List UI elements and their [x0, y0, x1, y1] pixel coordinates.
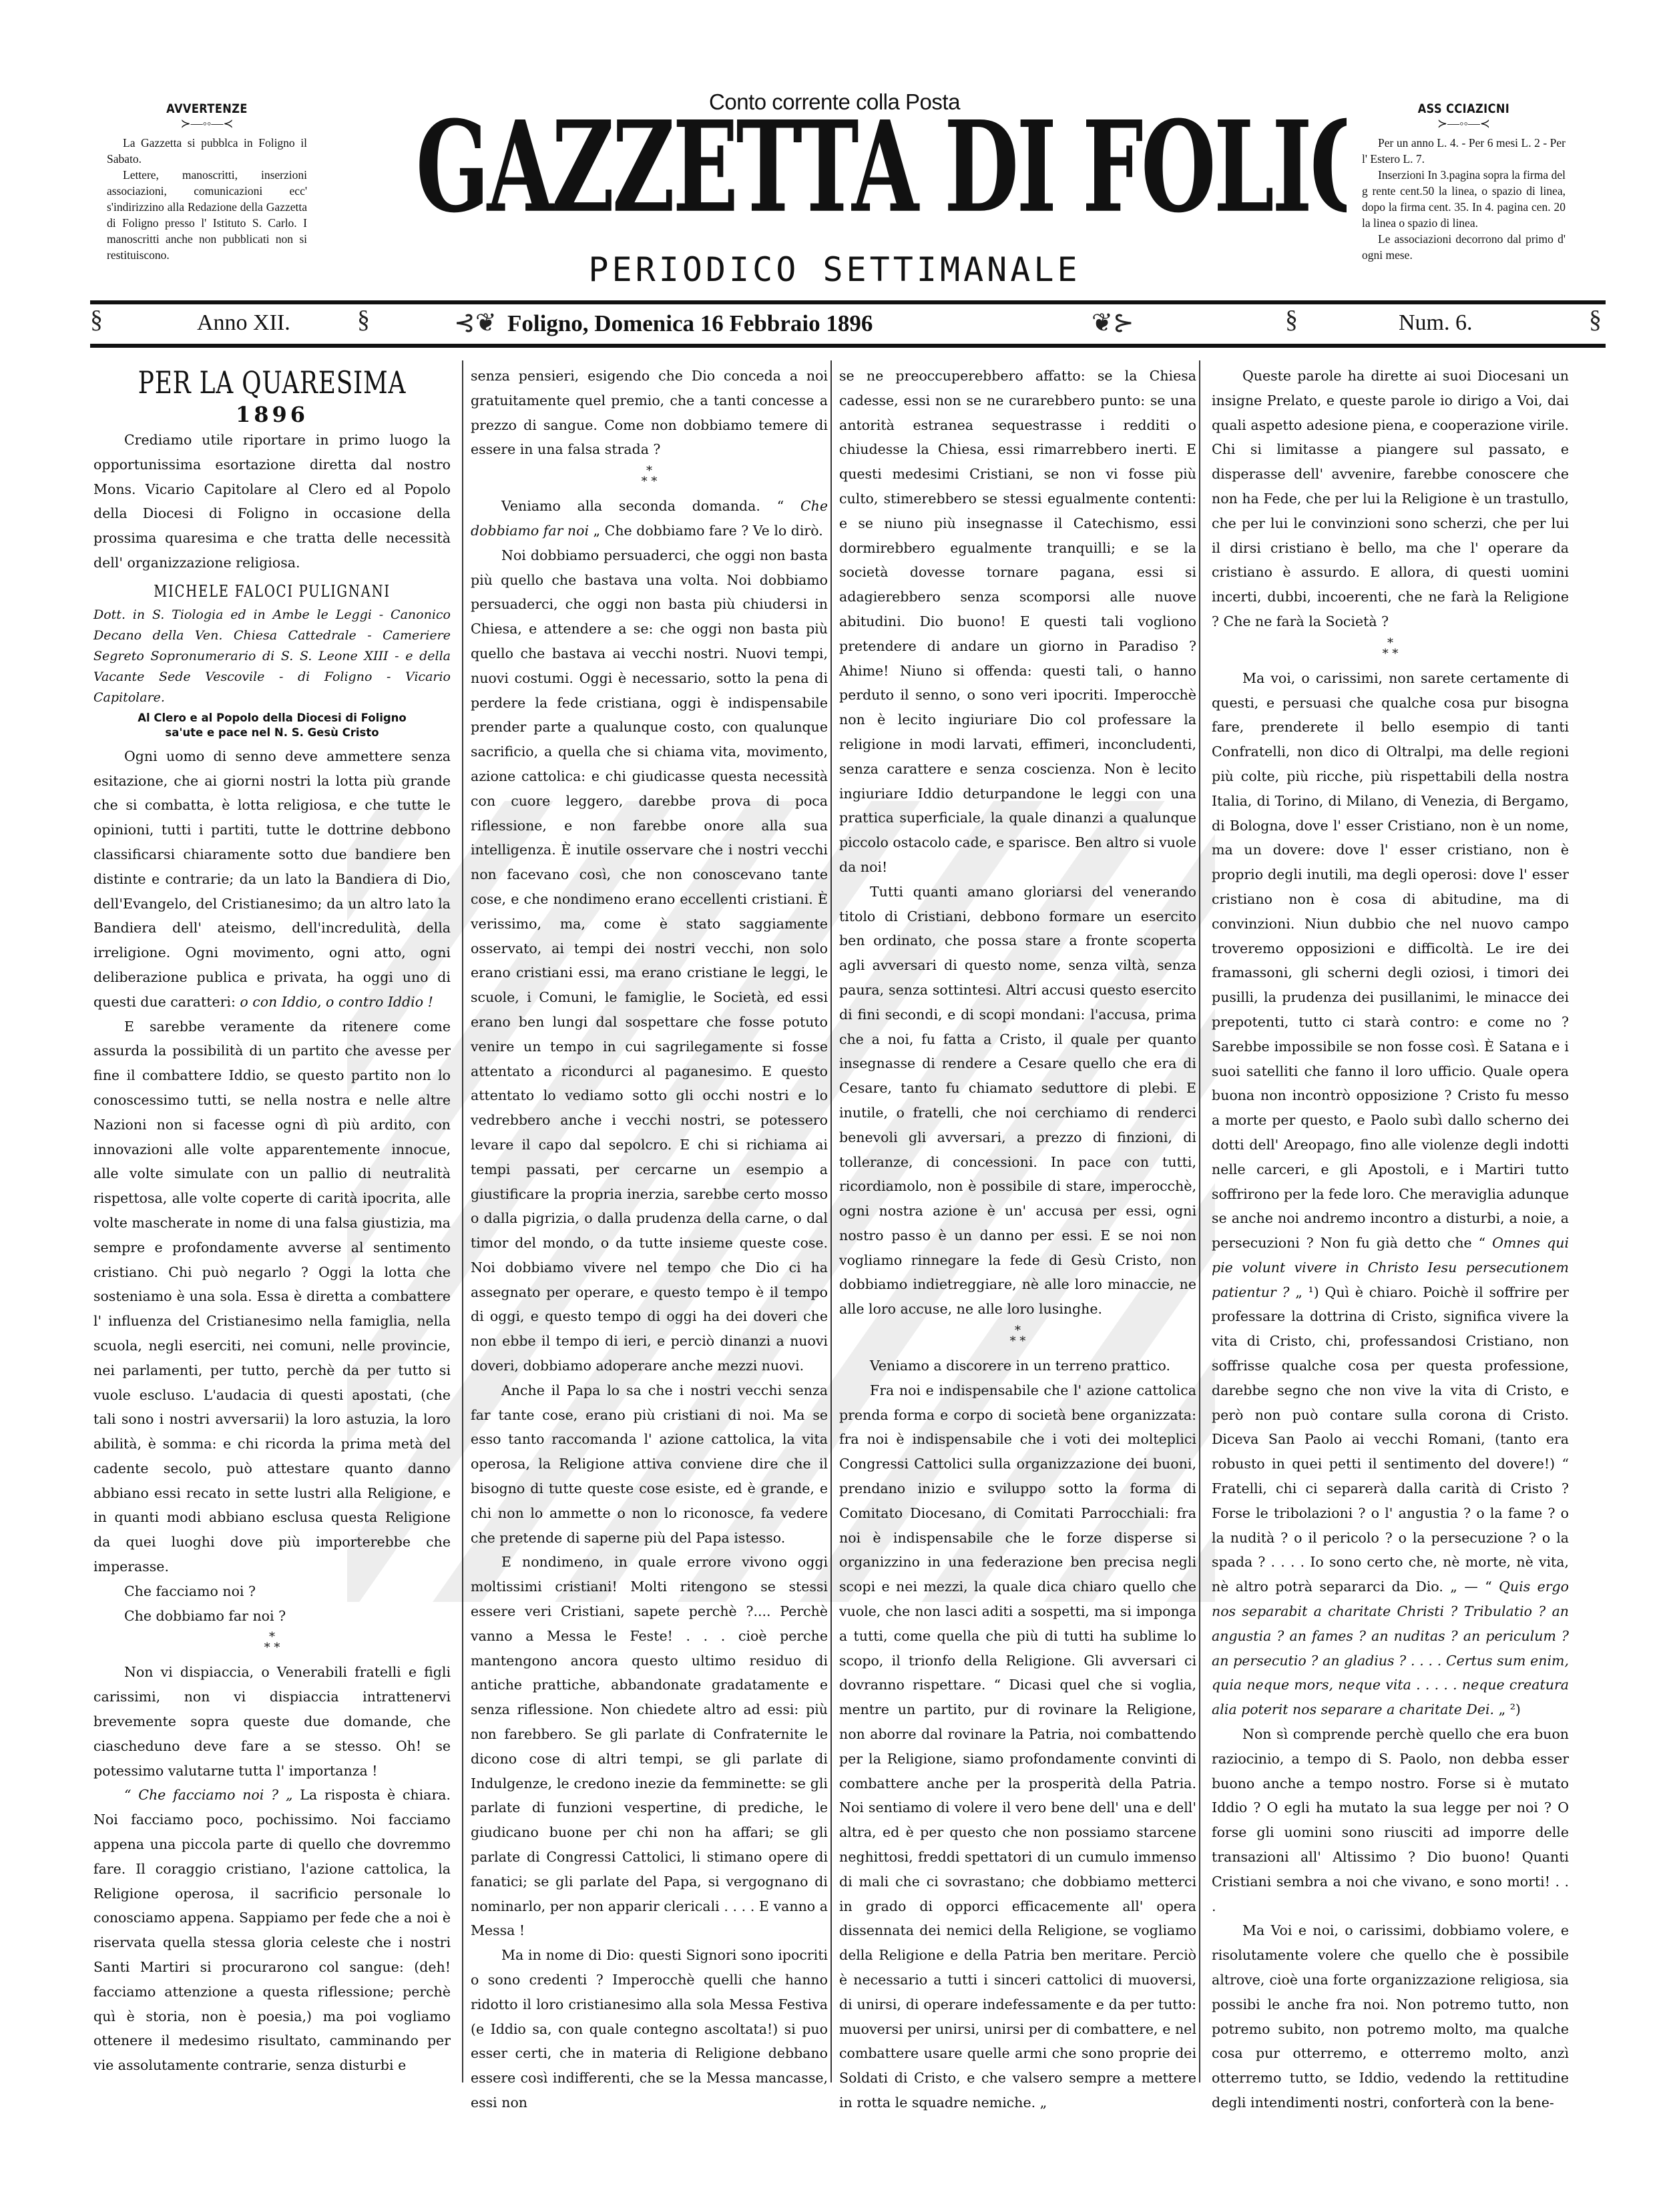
scroll-ornament-icon: § — [1285, 305, 1298, 334]
article-intro: Crediamo utile riportare in primo luogo … — [93, 428, 451, 575]
date-bar: § Anno XII. § ⊰❦ Foligno, Domenica 16 Fe… — [90, 304, 1606, 344]
paragraph: Veniamo a discorere in un terreno pratti… — [839, 1354, 1196, 1378]
article-column-3: se ne preoccuperebbero affatto: se la Ch… — [839, 364, 1196, 2115]
column-divider — [1199, 360, 1200, 2083]
latin-quote: Quis ergo nos separabit a charitate Chri… — [1212, 1579, 1569, 1717]
dateline: Foligno, Domenica 16 Febbraio 1896 — [507, 310, 873, 337]
column-divider — [462, 360, 463, 2083]
scroll-ornament-icon: § — [357, 305, 370, 334]
article-column-1: PER LA QUARESIMA 1896 Crediamo utile rip… — [93, 364, 451, 2078]
notices-paragraph: Lettere, manoscritti, inserzioni associa… — [107, 167, 307, 263]
newspaper-title-text: GAZZETTA DI FOLIGNO — [416, 111, 1347, 228]
paragraph: “ Che facciamo noi ? „ La risposta è chi… — [93, 1783, 451, 2078]
asterism-separator: ** * — [471, 466, 828, 487]
paragraph: Queste parole ha dirette ai suoi Diocesa… — [1212, 364, 1569, 634]
author-name: MICHELE FALOCI PULIGNANI — [126, 578, 419, 605]
article-column-2: senza pensieri, esigendo che Dio conceda… — [471, 364, 828, 2115]
asterism-separator: ** * — [1212, 638, 1569, 659]
paragraph: Non sì comprende perchè quello che era b… — [1212, 1722, 1569, 1918]
paragraph: senza pensieri, esigendo che Dio conceda… — [471, 364, 828, 462]
address-heading: Al Clero e al Popolo della Diocesi di Fo… — [93, 711, 451, 740]
scroll-ornament-icon: § — [1589, 305, 1602, 334]
author-titles: Dott. in S. Tiologia ed in Ambe le Leggi… — [93, 605, 451, 708]
subscriptions-paragraph: Per un anno L. 4. - Per 6 mesi L. 2 - Pe… — [1362, 135, 1566, 167]
question: Che dobbiamo far noi ? — [93, 1604, 451, 1629]
italic-phrase: o con Iddio, o contro Iddio ! — [240, 994, 433, 1010]
scroll-ornament-icon: § — [90, 305, 103, 334]
asterism-separator: ** * — [93, 1632, 451, 1653]
paragraph: Ma voi, o carissimi, non sarete certamen… — [1212, 666, 1569, 1722]
paragraph: Ma in nome di Dio: questi Signori sono i… — [471, 1943, 828, 2115]
asterism-separator: ** * — [839, 1326, 1196, 1347]
notices-box: AVVERTENZE ≻—◦◦—≺ La Gazzetta si pubblca… — [107, 100, 307, 263]
paragraph: Ogni uomo di senno deve ammettere senza … — [93, 744, 451, 1015]
paragraph: E sarebbe veramente da ritenere come ass… — [93, 1015, 451, 1579]
fleuron-left-icon: ⊰❦ — [454, 308, 497, 338]
article-title: PER LA QUARESIMA — [133, 364, 411, 401]
column-divider — [830, 360, 832, 2083]
ornament-icon: ≻—◦◦—≺ — [1362, 117, 1566, 129]
article-column-4: Queste parole ha dirette ai suoi Diocesa… — [1212, 364, 1569, 2115]
newspaper-title: GAZZETTA DI FOLIGNO — [325, 111, 1347, 228]
bottom-rule — [90, 344, 1606, 348]
ornament-icon: ≻—◦◦—≺ — [107, 117, 307, 129]
paragraph: Non vi dispiaccia, o Venerabili fratelli… — [93, 1660, 451, 1783]
issue-number: Num. 6. — [1399, 310, 1473, 336]
paragraph: se ne preoccuperebbero affatto: se la Ch… — [839, 364, 1196, 880]
paragraph: Veniamo alla seconda domanda. “ Che dobb… — [471, 494, 828, 543]
subscriptions-paragraph: Le associazioni decorrono dal primo d' o… — [1362, 231, 1566, 263]
address-line-1: Al Clero e al Popolo della Diocesi di Fo… — [93, 711, 451, 726]
article-year: 1896 — [93, 401, 451, 428]
address-line-2: sa'ute e pace nel N. S. Gesù Cristo — [93, 726, 451, 740]
fleuron-right-icon: ❦⊱ — [1092, 308, 1134, 338]
paragraph: Tutti quanti amano gloriarsi del veneran… — [839, 880, 1196, 1322]
paragraph: Anche il Papa lo sa che i nostri vecchi … — [471, 1378, 828, 1551]
notices-paragraph: La Gazzetta si pubblca in Foligno il Sab… — [107, 135, 307, 167]
subscriptions-box: ASS CCIAZICNI ≻—◦◦—≺ Per un anno L. 4. -… — [1362, 100, 1566, 263]
question: Che facciamo noi ? — [93, 1579, 451, 1604]
paragraph: E nondimeno, in quale errore vivono oggi… — [471, 1550, 828, 1943]
subscriptions-heading: ASS CCIAZICNI — [1377, 100, 1550, 117]
italic-phrase: “ Che facciamo noi ? „ — [124, 1787, 293, 1803]
year-label: Anno XII. — [197, 310, 290, 336]
subscriptions-paragraph: Inserzioni In 3.pagina sopra la firma de… — [1362, 167, 1566, 231]
paragraph: Noi dobbiamo persuaderci, che oggi non b… — [471, 543, 828, 1378]
paragraph: Ma Voi e noi, o carissimi, dobbiamo vole… — [1212, 1918, 1569, 2115]
paragraph: Fra noi e indispensabile che l' azione c… — [839, 1378, 1196, 2115]
